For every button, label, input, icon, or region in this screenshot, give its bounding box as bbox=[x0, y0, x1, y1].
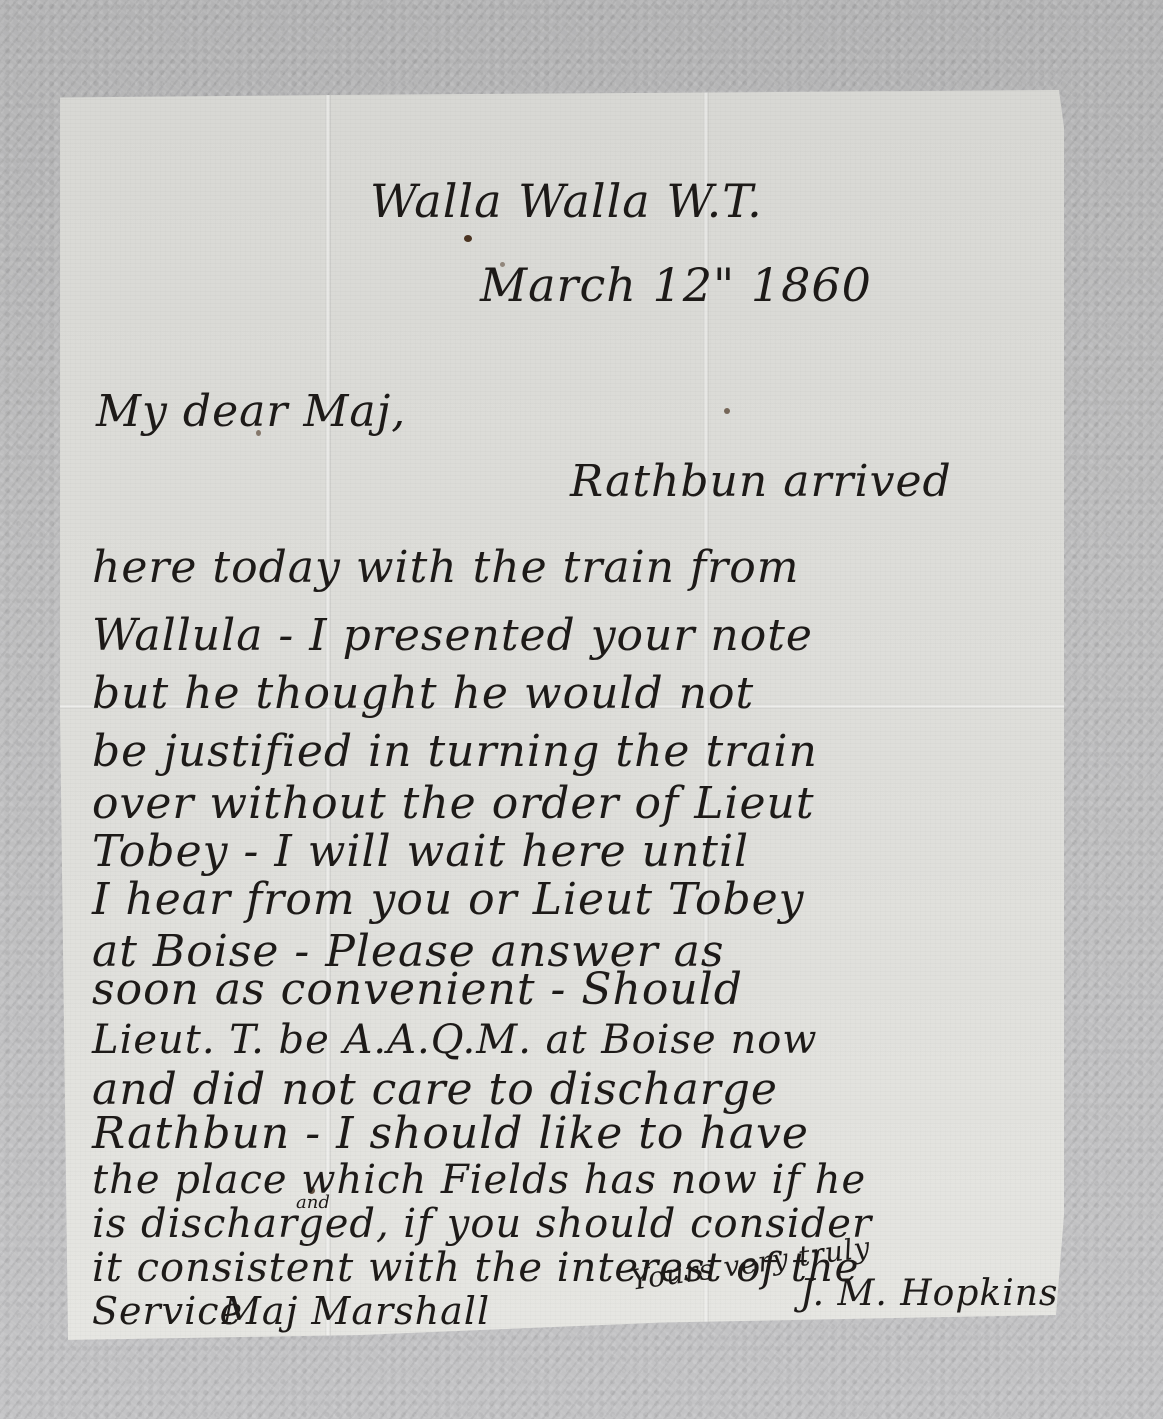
heading-date: March 12" 1860 bbox=[480, 262, 872, 308]
body-line-11: Lieut. T. be A.A.Q.M. at Boise now bbox=[92, 1020, 818, 1060]
addressee: Maj Marshall bbox=[222, 1292, 490, 1330]
body-line-14: the place which Fields has now if he bbox=[92, 1160, 866, 1200]
body-line-6: over without the order of Lieut bbox=[92, 782, 815, 826]
body-line-17: Service bbox=[92, 1292, 243, 1330]
body-line-4: but he thought he would not bbox=[92, 672, 754, 716]
salutation: My dear Maj, bbox=[96, 390, 406, 434]
body-line-13: Rathbun - I should like to have bbox=[92, 1112, 809, 1156]
ink-stain bbox=[724, 408, 730, 414]
body-line-7: Tobey - I will wait here until bbox=[92, 830, 749, 874]
body-line-5: be justified in turning the train bbox=[92, 730, 818, 774]
body-line-8: I hear from you or Lieut Tobey bbox=[92, 878, 805, 922]
signature: J. M. Hopkins bbox=[800, 1276, 1058, 1312]
body-line-2: here today with the train from bbox=[92, 546, 800, 590]
body-line-10: soon as convenient - Should bbox=[92, 968, 743, 1012]
body-line-1: Rathbun arrived bbox=[570, 460, 952, 504]
ink-stain bbox=[464, 235, 472, 242]
interlineation: and bbox=[296, 1192, 330, 1213]
heading-place: Walla Walla W.T. bbox=[370, 178, 763, 224]
body-line-3: Wallula - I presented your note bbox=[92, 614, 813, 658]
body-line-12: and did not care to discharge bbox=[92, 1068, 778, 1112]
body-line-15: is discharged, if you should consider bbox=[92, 1204, 872, 1244]
